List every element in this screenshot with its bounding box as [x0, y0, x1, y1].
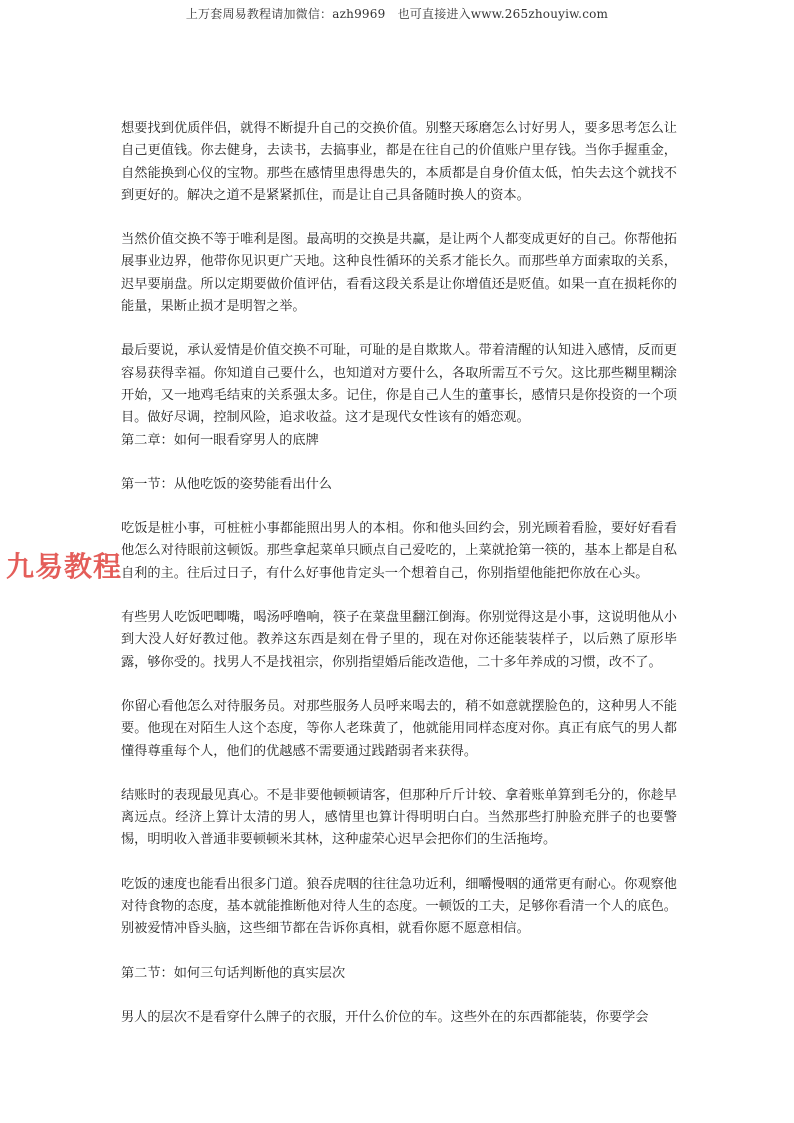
spacer: [121, 985, 677, 1007]
brand-watermark: 九易教程: [6, 545, 122, 585]
spacer: [121, 496, 677, 518]
spacer: [121, 763, 677, 785]
paragraph: 有些男人吃饭吧唧嘴，喝汤呼噜响，筷子在菜盘里翻江倒海。你别觉得这是小事，这说明他…: [121, 607, 677, 674]
section-heading: 第二节：如何三句话判断他的真实层次: [121, 963, 677, 985]
spacer: [121, 318, 677, 340]
paragraph: 你留心看他怎么对待服务员。对那些服务人员呼来喝去的，稍不如意就摆脸色的，这种男人…: [121, 696, 677, 763]
paragraph: 结账时的表现最见真心。不是非要他顿顿请客，但那种斤斤计较、拿着账单算到毛分的，你…: [121, 785, 677, 852]
paragraph: 想要找到优质伴侣，就得不断提升自己的交换价值。别整天琢磨怎么讨好男人，要多思考怎…: [121, 118, 677, 207]
spacer: [121, 674, 677, 696]
paragraph: 吃饭的速度也能看出很多门道。狼吞虎咽的往往急功近利，细嚼慢咽的通常更有耐心。你观…: [121, 874, 677, 941]
page-header-watermark: 上万套周易教程请加微信：azh9969 也可直接进入www.265zhouyiw…: [0, 5, 794, 22]
paragraph: 当然价值交换不等于唯利是图。最高明的交换是共赢，是让两个人都变成更好的自己。你帮…: [121, 229, 677, 318]
spacer: [121, 452, 677, 474]
paragraph: 吃饭是桩小事，可桩桩小事都能照出男人的本相。你和他头回约会，别光顾着看脸，要好好…: [121, 518, 677, 585]
spacer: [121, 941, 677, 963]
chapter-heading: 第二章：如何一眼看穿男人的底牌: [121, 430, 677, 452]
section-heading: 第一节：从他吃饭的姿势能看出什么: [121, 474, 677, 496]
document-body: 想要找到优质伴侣，就得不断提升自己的交换价值。别整天琢磨怎么讨好男人，要多思考怎…: [121, 118, 677, 1029]
spacer: [121, 852, 677, 874]
spacer: [121, 585, 677, 607]
paragraph: 男人的层次不是看穿什么牌子的衣服，开什么价位的车。这些外在的东西都能装，你要学会: [121, 1007, 677, 1029]
paragraph: 最后要说，承认爱情是价值交换不可耻，可耻的是自欺欺人。带着清醒的认知进入感情，反…: [121, 340, 677, 429]
spacer: [121, 207, 677, 229]
